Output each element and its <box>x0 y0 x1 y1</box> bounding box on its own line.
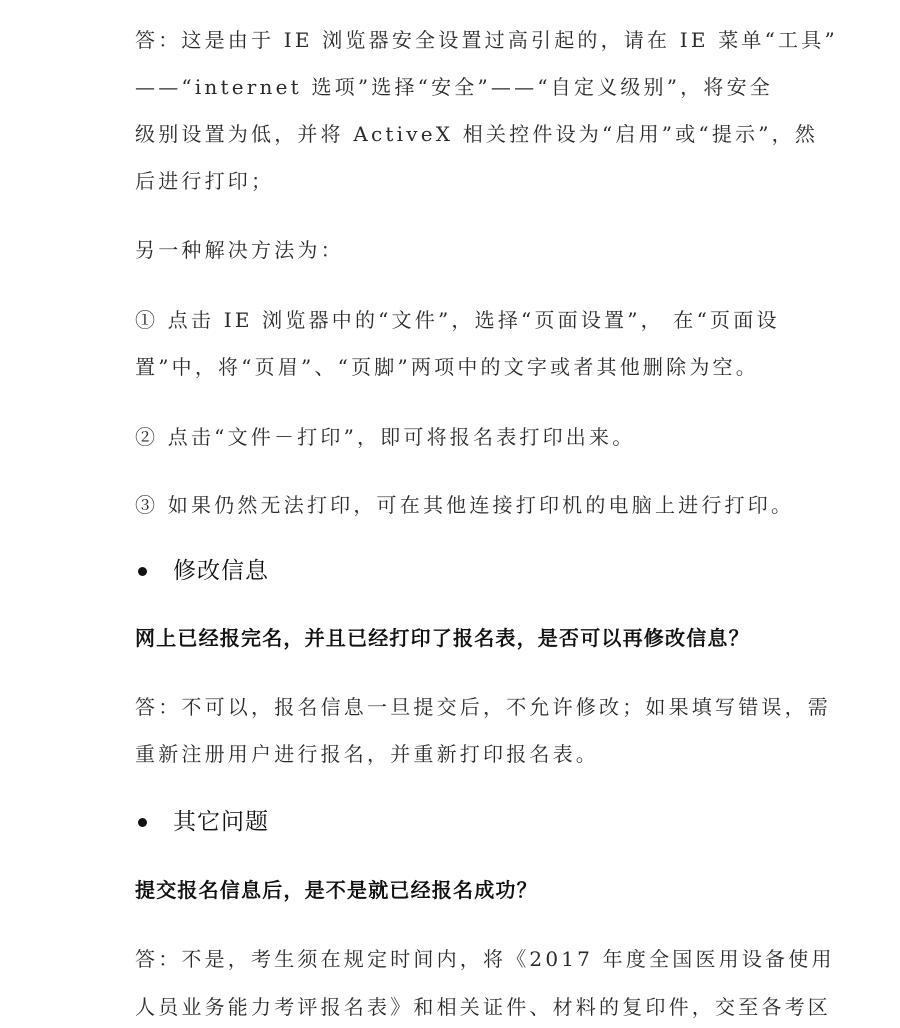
answer-modify-line-1: 答：不可以，报名信息一旦提交后，不允许修改；如果填写错误，需 <box>135 693 831 721</box>
step-1-line-2: 置”中，将“页眉”、“页脚”两项中的文字或者其他删除为空。 <box>135 353 759 381</box>
question-modify: 网上已经报完名，并且已经打印了报名表，是否可以再修改信息？ <box>135 624 750 652</box>
step-2: ② 点击“文件－打印”，即可将报名表打印出来。 <box>135 423 635 451</box>
step-1-line-1: ① 点击 IE 浏览器中的“文件”，选择“页面设置”， 在“页面设 <box>135 306 780 334</box>
bullet-icon <box>138 818 147 827</box>
question-submit: 提交报名信息后，是不是就已经报名成功？ <box>135 876 538 904</box>
answer-line-2: ——“internet 选项”选择“安全”——“自定义级别”，将安全 <box>135 73 773 101</box>
section-heading-text: 修改信息 <box>173 555 269 587</box>
section-heading-text: 其它问题 <box>173 806 269 838</box>
answer-line-1: 答：这是由于 IE 浏览器安全设置过高引起的，请在 IE 菜单“工具” <box>135 26 838 54</box>
section-heading-modify: 修改信息 <box>138 555 269 587</box>
answer-line-4: 后进行打印； <box>135 167 274 195</box>
bullet-icon <box>138 567 147 576</box>
alternative-intro: 另一种解决方法为： <box>135 236 344 264</box>
answer-line-3: 级别设置为低，并将 ActiveX 相关控件设为“启用”或“提示”，然 <box>135 120 818 148</box>
answer-submit-line-1: 答：不是，考生须在规定时间内，将《2017 年度全国医用设备使用 <box>135 945 835 973</box>
section-heading-other: 其它问题 <box>138 806 269 838</box>
answer-modify-line-2: 重新注册用户进行报名，并重新打印报名表。 <box>135 740 599 768</box>
step-3: ③ 如果仍然无法打印，可在其他连接打印机的电脑上进行打印。 <box>135 491 794 519</box>
document-page: 答：这是由于 IE 浏览器安全设置过高引起的，请在 IE 菜单“工具” ——“i… <box>0 0 900 1028</box>
answer-submit-line-2: 人员业务能力考评报名表》和相关证件、材料的复印件，交至各考区 <box>135 993 831 1021</box>
